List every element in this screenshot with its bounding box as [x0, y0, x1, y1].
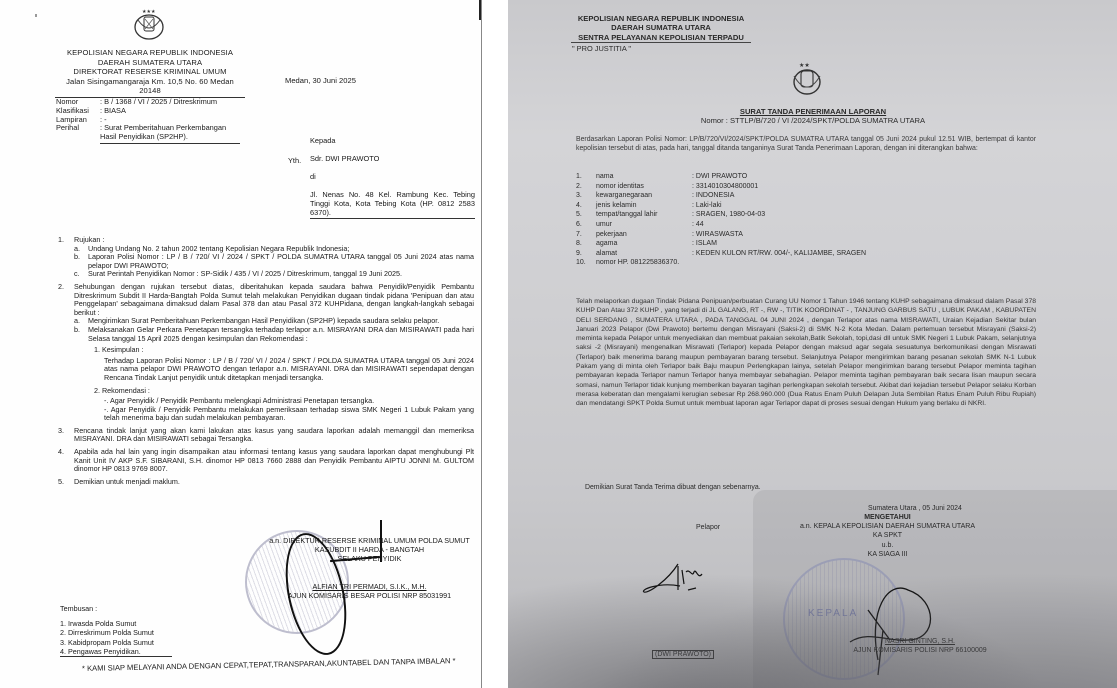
- svg-text:★★★: ★★★: [142, 9, 156, 15]
- pelapor-label: Pelapor: [696, 524, 720, 531]
- field-number: 4.: [576, 201, 596, 211]
- letter-body: 1. Rujukan : a.Undang Undang No. 2 tahun…: [58, 236, 474, 490]
- field-number: 8.: [576, 239, 596, 249]
- tembusan-item: 3. Kabidpropam Polda Sumut: [60, 638, 172, 647]
- item-number: 2.: [58, 283, 74, 423]
- rekomendasi-2: -. Agar Penyidik / Penyidik Pembantu mel…: [104, 406, 474, 423]
- sttlp-nomor: Nomor : STTLP/B/720 / VI /2024/SPKT/POLD…: [648, 116, 978, 125]
- tembusan-block: Tembusan : 1. Irwasda Polda Sumut 2. Dir…: [60, 604, 172, 657]
- field-label: kewarganegaraan: [596, 191, 692, 201]
- tembusan-title: Tembusan :: [60, 604, 172, 613]
- incident-narrative: Telah melaporkan dugaan Tindak Pidana Pe…: [576, 297, 1036, 409]
- item2-text: Sehubungan dengan rujukan tersebut diata…: [74, 283, 474, 317]
- kesimpulan-title: 1. Kesimpulan :: [94, 346, 474, 355]
- recipient-block: Kepada Yth. Sdr. DWI PRAWOTO di Jl. Nena…: [310, 136, 475, 219]
- pro-justitia: " PRO JUSTITIA ": [572, 44, 631, 53]
- header-address: Jalan Sisingamangaraja Km. 10,5 No. 60 M…: [55, 77, 245, 98]
- field-number: 7.: [576, 230, 596, 240]
- rujukan-c: Surat Perintah Penyidikan Nomor : SP-Sid…: [88, 270, 474, 279]
- field-label: jenis kelamin: [596, 201, 692, 211]
- field-label: nomor identitas: [596, 182, 692, 192]
- meta-value-perihal: : Surat Pemberitahuan Perkembangan Hasil…: [100, 124, 240, 144]
- sttlp-header: KEPOLISIAN NEGARA REPUBLIK INDONESIA DAE…: [571, 14, 751, 43]
- closing-statement: Demikian Surat Tanda Terima dibuat denga…: [585, 484, 761, 491]
- field-number: 9.: [576, 249, 596, 259]
- item-number: 3.: [58, 427, 74, 444]
- sub-number: c.: [74, 270, 88, 279]
- field-value: : SRAGEN, 1980-04-03: [692, 210, 765, 220]
- signatory-rank: AJUN KOMISARIS BESAR POLISI NRP 85031991: [262, 592, 477, 601]
- letter-date: Medan, 30 Juni 2025: [285, 76, 356, 85]
- scan-speck: [35, 14, 37, 17]
- svg-text:★★: ★★: [799, 62, 810, 69]
- mengetahui-line-1: a.n. KEPALA KEPOLISIAN DAERAH SUMATRA UT…: [775, 522, 1000, 531]
- header-line-1: KEPOLISIAN NEGARA REPUBLIK INDONESIA: [571, 14, 751, 23]
- letter-header: KEPOLISIAN NEGARA REPUBLIK INDONESIA DAE…: [55, 48, 245, 98]
- sttlp-intro: Berdasarkan Laporan Polisi Nomor: LP/B/7…: [576, 136, 1036, 153]
- sub-number: b.: [74, 326, 88, 343]
- scan-edge: [479, 0, 481, 20]
- mengetahui-title: MENGETAHUI: [775, 513, 1000, 522]
- field-number: 2.: [576, 182, 596, 192]
- field-label: alamat: [596, 249, 692, 259]
- signature-block: a.n. DIREKTUR RESERSE KRIMINAL UMUM POLD…: [262, 537, 477, 601]
- field-label: nama: [596, 172, 692, 182]
- police-crest-icon: ★★: [786, 58, 828, 98]
- field-number: 10.: [576, 258, 596, 268]
- field-label: agama: [596, 239, 692, 249]
- meta-value-klasifikasi: : BIASA: [100, 107, 240, 116]
- field-value: : DWI PRAWOTO: [692, 172, 747, 182]
- field-value: : 3314010304800001: [692, 182, 758, 192]
- item4-text: Apabila ada hal lain yang ingin disampai…: [74, 448, 474, 474]
- field-number: 1.: [576, 172, 596, 182]
- recipient-di: di: [310, 172, 475, 181]
- field-number: 5.: [576, 210, 596, 220]
- sttlp-title: SURAT TANDA PENERIMAAN LAPORAN: [648, 107, 978, 116]
- field-value: : WIRASWASTA: [692, 230, 743, 240]
- mengetahui-line-2: KA SPKT: [775, 531, 1000, 540]
- sttlp-document-photo: KEPOLISIAN NEGARA REPUBLIK INDONESIA DAE…: [508, 0, 1117, 688]
- police-crest-icon: ★★★: [126, 6, 172, 42]
- recipient-address: Jl. Nenas No. 48 Kel. Rambung Kec. Tebin…: [310, 190, 475, 219]
- field-value: : Laki-laki: [692, 201, 722, 211]
- field-value: : KEDEN KULON RT/RW. 004/-, KALIJAMBE, S…: [692, 249, 866, 259]
- signature-line-3: SELAKU PENYIDIK: [262, 555, 477, 564]
- motto: * KAMI SIAP MELAYANI ANDA DENGAN CEPAT,T…: [82, 656, 456, 673]
- field-label: umur: [596, 220, 692, 230]
- field-label: pekerjaan: [596, 230, 692, 240]
- meta-key-perihal: Perihal: [56, 124, 100, 144]
- letter-meta: Nomor: B / 1368 / VI / 2025 / Ditreskrim…: [56, 98, 240, 144]
- item3-text: Rencana tindak lanjut yang akan kami lak…: [74, 427, 474, 444]
- header-line-2: DAERAH SUMATRA UTARA: [571, 23, 751, 32]
- field-value: : INDONESIA: [692, 191, 734, 201]
- rekomendasi-title: 2. Rekomendasi :: [94, 387, 474, 396]
- recipient-name: Sdr. DWI PRAWOTO: [310, 154, 475, 163]
- sp2hp-letter: ★★★ KEPOLISIAN NEGARA REPUBLIK INDONESIA…: [0, 0, 482, 688]
- place-date: Sumatera Utara , 05 Juni 2024: [868, 505, 962, 512]
- photo-shadow: [508, 548, 1117, 688]
- header-line-3: SENTRA PELAYANAN KEPOLISIAN TERPADU: [571, 33, 751, 43]
- sub-number: b.: [74, 253, 88, 270]
- header-line-3: DIREKTORAT RESERSE KRIMINAL UMUM: [55, 67, 245, 77]
- header-line-1: KEPOLISIAN NEGARA REPUBLIK INDONESIA: [55, 48, 245, 58]
- field-value: : 44: [692, 220, 704, 230]
- field-label: tempat/tanggal lahir: [596, 210, 692, 220]
- recipient-yth: Yth.: [288, 156, 301, 165]
- item-number: 1.: [58, 236, 74, 279]
- item5-text: Demikian untuk menjadi maklum.: [74, 478, 474, 487]
- field-value: : ISLAM: [692, 239, 717, 249]
- field-number: 6.: [576, 220, 596, 230]
- tembusan-item: 4. Pengawas Penyidikan.: [60, 647, 172, 657]
- field-number: 3.: [576, 191, 596, 201]
- tembusan-item: 1. Irwasda Polda Sumut: [60, 619, 172, 628]
- field-label: nomor HP. 081225836370.: [596, 258, 679, 268]
- sttlp-title-block: SURAT TANDA PENERIMAAN LAPORAN Nomor : S…: [648, 107, 978, 126]
- tembusan-item: 2. Dirreskrimum Polda Sumut: [60, 628, 172, 637]
- recipient-kepada: Kepada: [310, 136, 475, 145]
- header-line-2: DAERAH SUMATERA UTARA: [55, 58, 245, 68]
- item-number: 4.: [58, 448, 74, 474]
- item-number: 5.: [58, 478, 74, 487]
- rujukan-b: Laporan Polisi Nomor : LP / B / 720/ VI …: [88, 253, 474, 270]
- kesimpulan-text: Terhadap Laporan Polisi Nomor : LP / B /…: [104, 357, 474, 383]
- item2-b: Melaksanakan Gelar Perkara Penetapan ter…: [88, 326, 474, 343]
- reporter-fields: 1.nama: DWI PRAWOTO 2.nomor identitas: 3…: [576, 172, 866, 268]
